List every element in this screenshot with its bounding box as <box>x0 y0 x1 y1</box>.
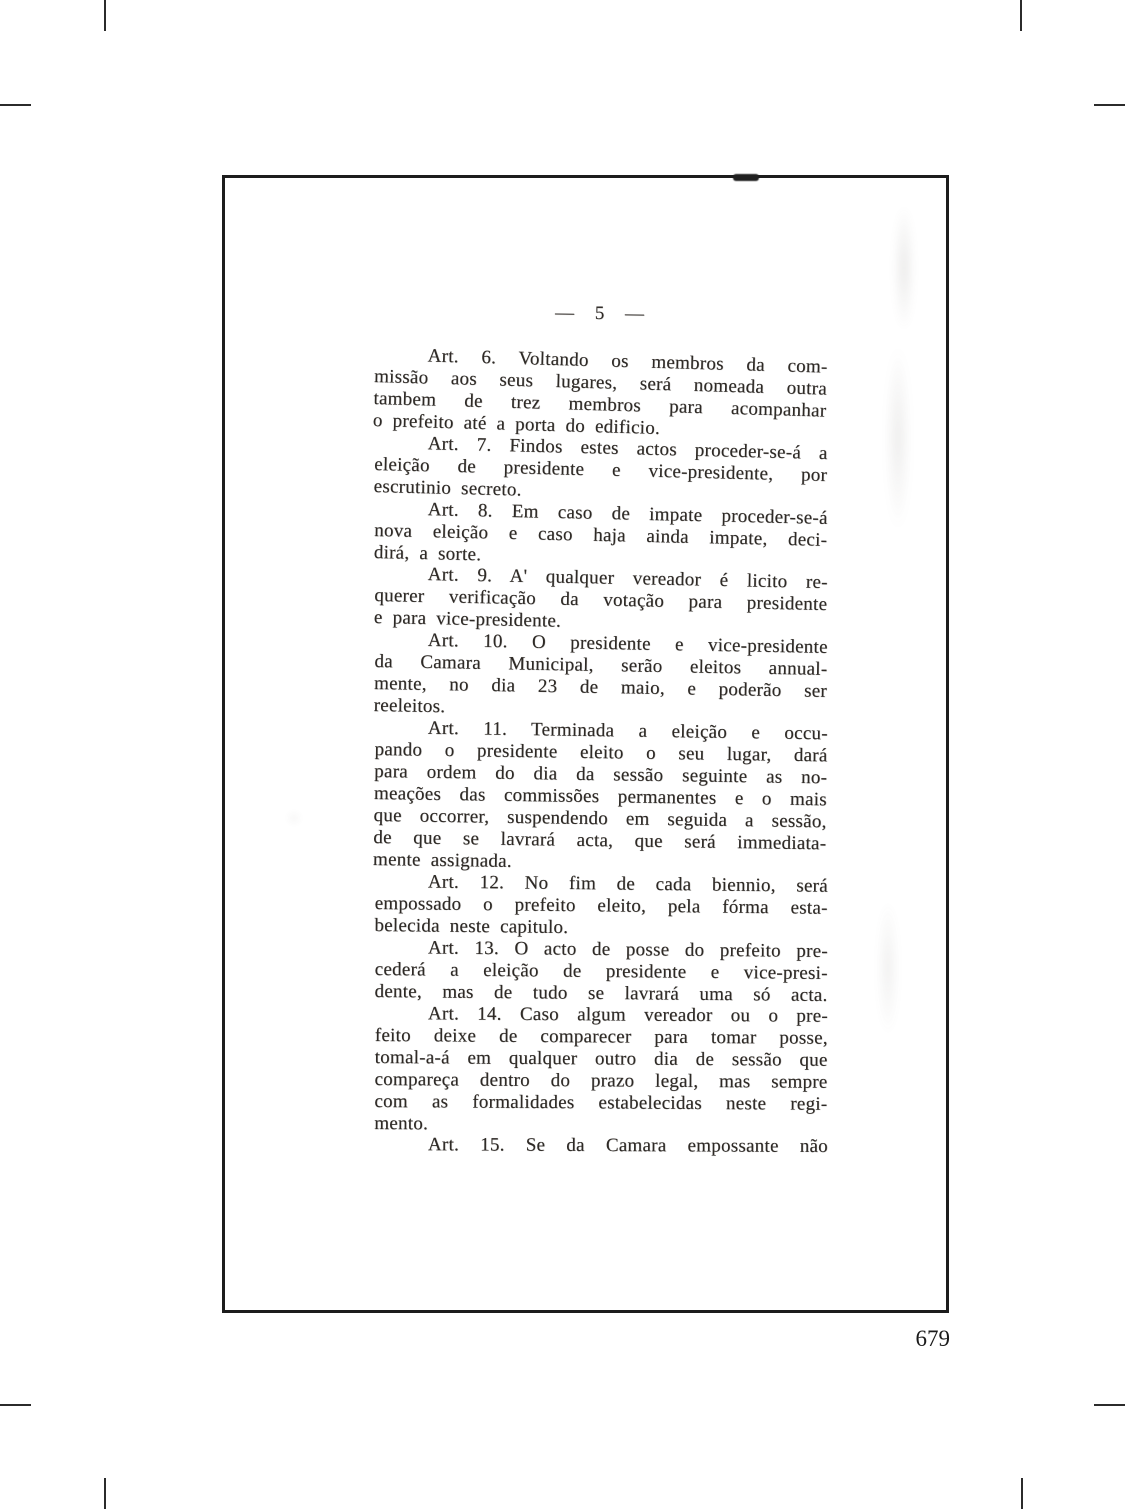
text-line: compareça dentro do prazo legal, mas sem… <box>374 1068 827 1093</box>
crop-mark-bottom-right-vertical <box>1021 1478 1023 1509</box>
crop-mark-top-left-horizontal <box>0 104 31 106</box>
crop-mark-top-right-vertical <box>1020 0 1022 31</box>
crop-mark-top-left-vertical <box>104 0 106 31</box>
text-line: Art. 15. Se da Camara empossante não <box>375 1134 828 1158</box>
paragraph: Art. 8. Em caso de impate proceder-se-án… <box>374 498 828 574</box>
scanned-page-frame: — 5 — Art. 6. Voltando os membros da com… <box>222 175 949 1313</box>
paragraph: Art. 12. No fim de cada biennio, seráemp… <box>374 871 828 942</box>
scan-smudge-artifact <box>289 814 299 822</box>
paragraph: Art. 13. O acto de posse do prefeito pre… <box>374 937 828 1007</box>
scan-smudge-artifact <box>877 898 899 1038</box>
paragraph: Art. 9. A' qualquer vereador é licito re… <box>374 563 828 638</box>
paragraph: Art. 6. Voltando os membros da com-missã… <box>373 344 828 444</box>
ink-nick-artifact <box>733 174 759 181</box>
paragraph: Art. 10. O presidente e vice-presidented… <box>373 629 827 725</box>
crop-mark-bottom-left-horizontal <box>0 1404 31 1406</box>
scan-smudge-artifact <box>893 203 915 333</box>
text-line: feito deixe de comparecer para tomar pos… <box>375 1024 828 1049</box>
folio-page-number: 679 <box>760 1326 950 1352</box>
text-block: Art. 6. Voltando os membros da com-missã… <box>375 344 828 1156</box>
scan-text-column: — 5 — Art. 6. Voltando os membros da com… <box>375 303 828 1156</box>
paragraph: Art. 15. Se da Camara empossante não <box>375 1134 828 1158</box>
crop-mark-bottom-right-horizontal <box>1094 1404 1125 1406</box>
text-line: tomal-a-á em qualquer outro dia de sessã… <box>375 1046 828 1071</box>
crop-mark-bottom-left-vertical <box>104 1478 106 1509</box>
scan-smudge-artifact <box>885 343 911 533</box>
text-line: com as formalidades estabelecidas neste … <box>374 1090 827 1115</box>
paragraph: Art. 7. Findos estes actos proceder-se-á… <box>373 432 827 509</box>
crop-mark-top-right-horizontal <box>1094 104 1125 106</box>
paragraph: Art. 14. Caso algum vereador ou o pre-fe… <box>374 1003 828 1137</box>
page-canvas: — 5 — Art. 6. Voltando os membros da com… <box>0 0 1125 1509</box>
text-line: Art. 14. Caso algum vereador ou o pre- <box>375 1003 828 1028</box>
paragraph: Art. 11. Terminada a eleição e occu-pand… <box>373 717 828 877</box>
page-number-heading: — 5 — <box>375 300 828 327</box>
